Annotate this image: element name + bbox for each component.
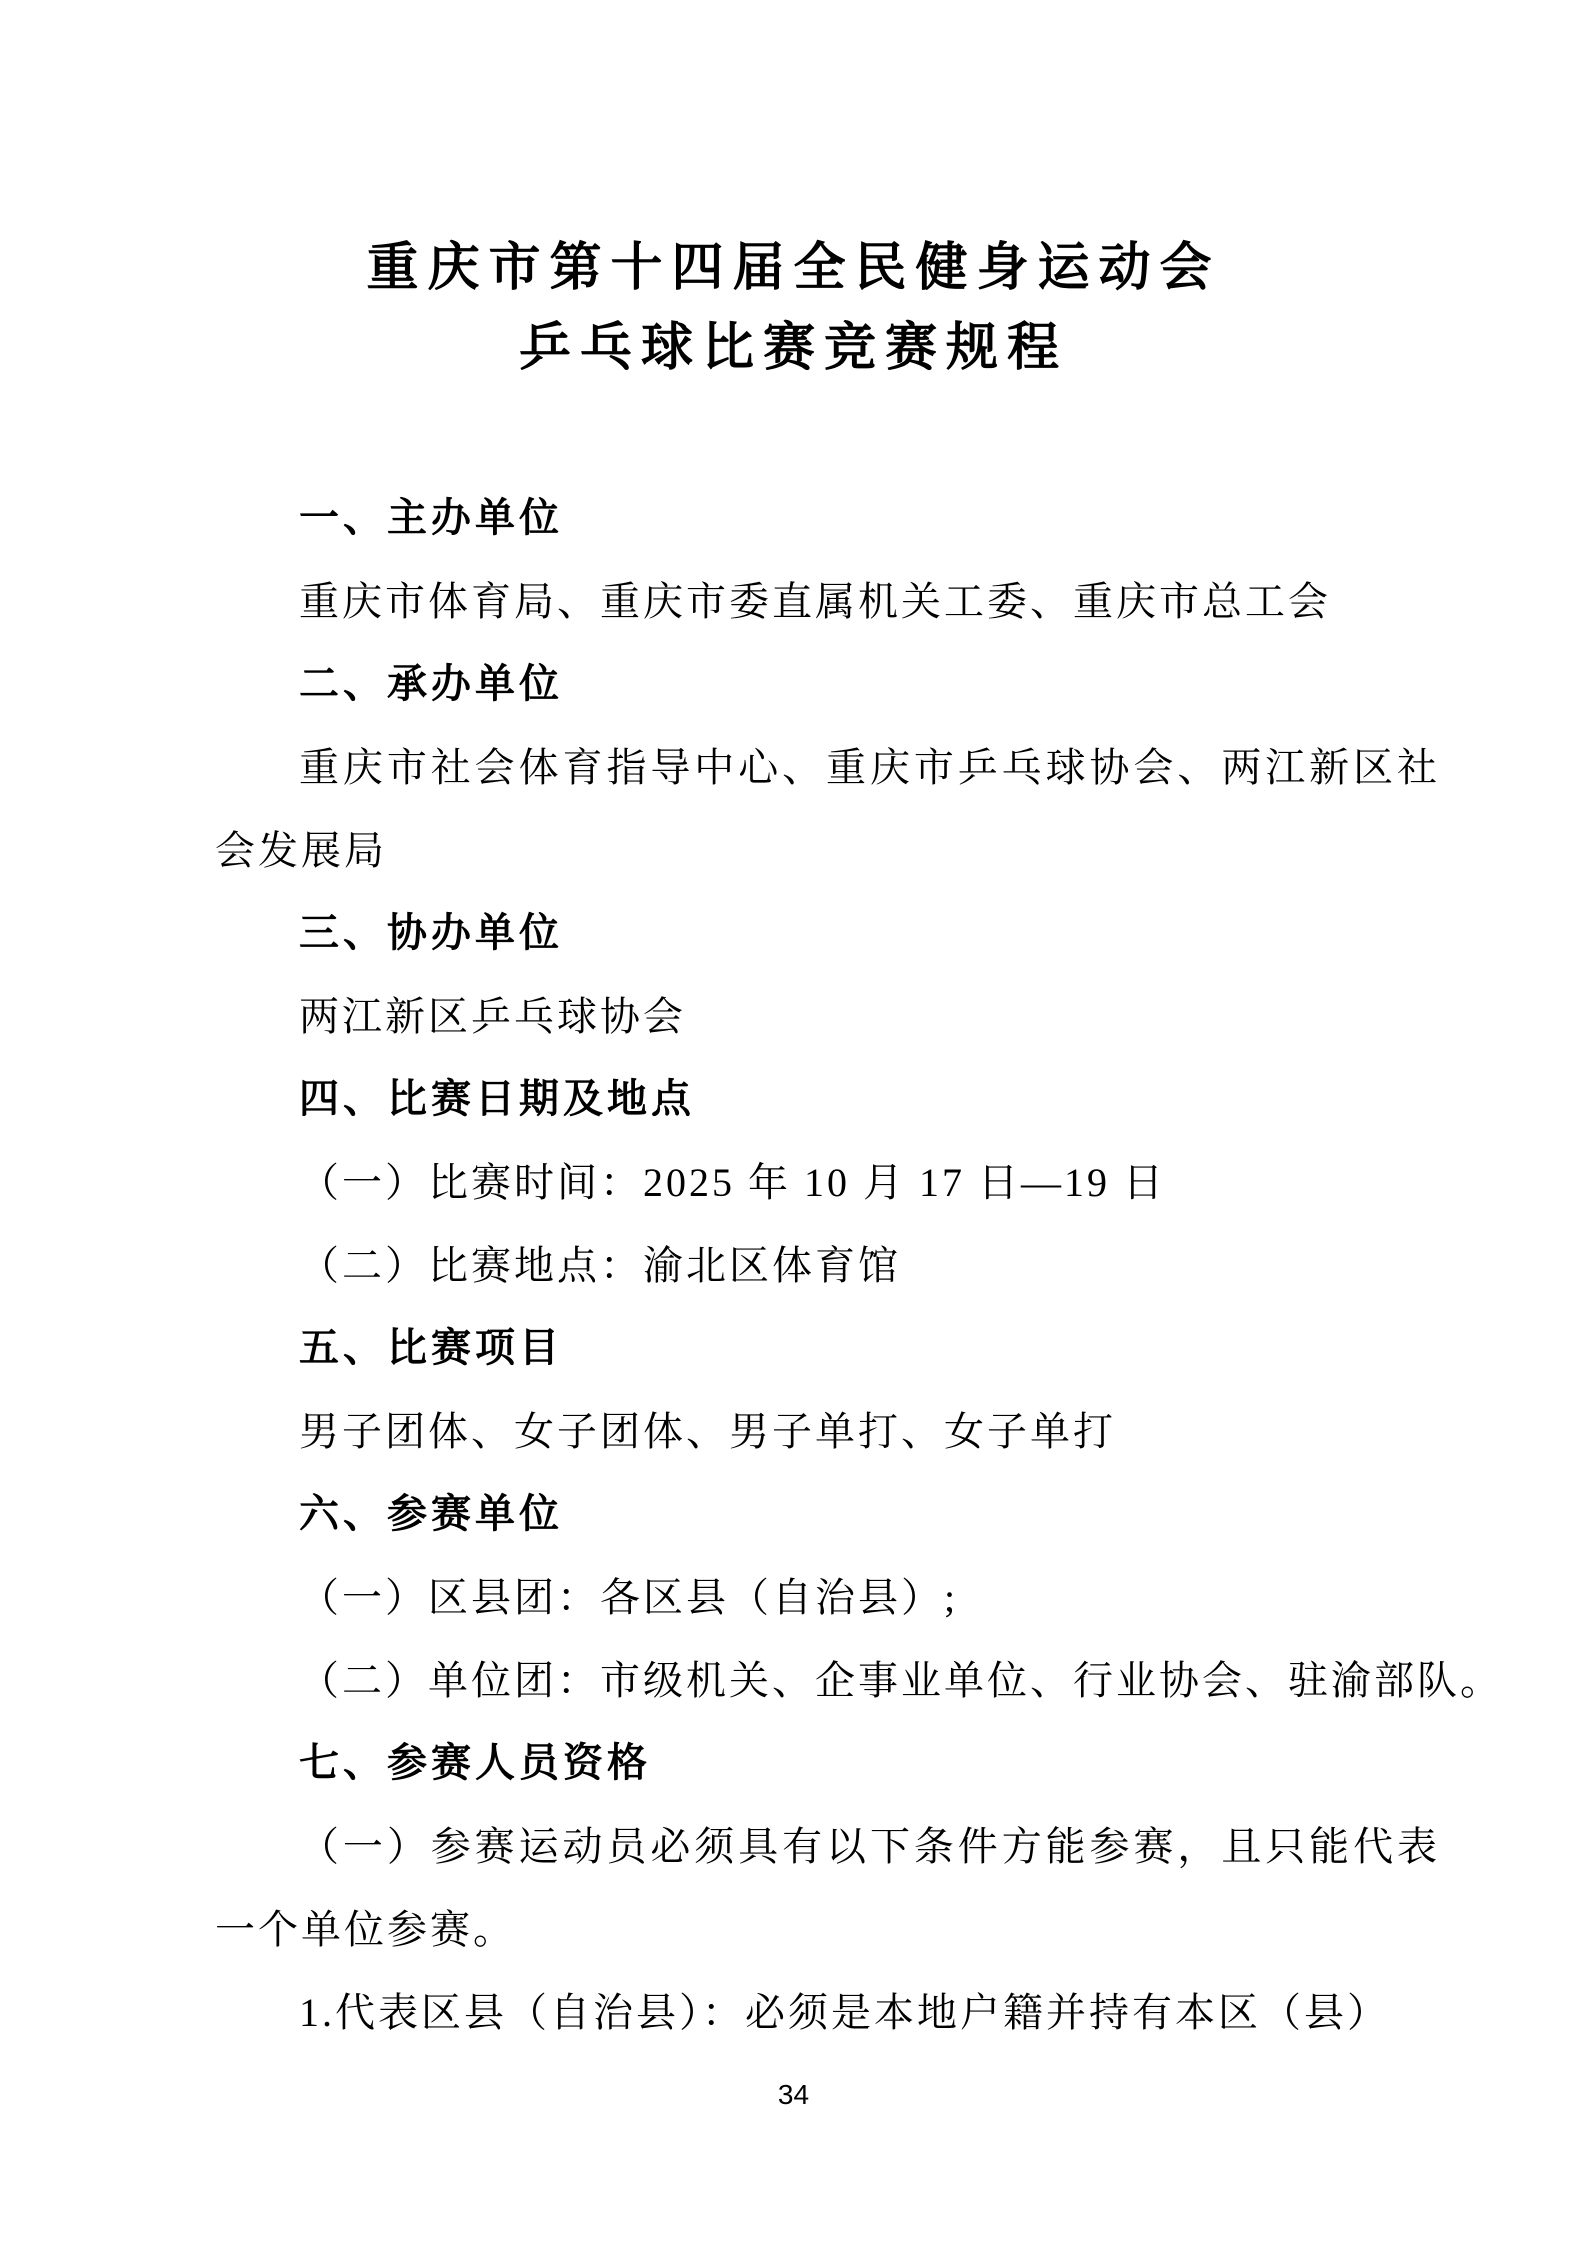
heading-events: 五、比赛项目: [215, 1307, 1437, 1390]
paragraph-organizer: 重庆市体育局、重庆市委直属机关工委、重庆市总工会: [215, 560, 1437, 643]
paragraph-unit-teams: （二）单位团：市级机关、企事业单位、行业协会、驻渝部队。: [215, 1639, 1437, 1722]
heading-organizer: 一、主办单位: [215, 477, 1437, 560]
page-footer: 34: [0, 2075, 1587, 2115]
heading-undertaker: 二、承办单位: [215, 643, 1437, 726]
paragraph-eligibility-line2: 一个单位参赛。: [215, 1888, 1437, 1971]
heading-date-venue: 四、比赛日期及地点: [215, 1058, 1437, 1141]
paragraph-district-teams: （一）区县团：各区县（自治县）;: [215, 1556, 1437, 1639]
paragraph-undertaker-line1: 重庆市社会体育指导中心、重庆市乒乓球协会、两江新区社: [215, 726, 1437, 809]
heading-co-organizer: 三、协办单位: [215, 892, 1437, 975]
heading-participating-units: 六、参赛单位: [215, 1473, 1437, 1556]
paragraph-competition-time: （一）比赛时间：2025 年 10 月 17 日—19 日: [215, 1141, 1437, 1224]
document-title: 重庆市第十四届全民健身运动会 乒乓球比赛竞赛规程: [0, 229, 1587, 389]
paragraph-undertaker-line2: 会发展局: [215, 809, 1437, 892]
document-page: 重庆市第十四届全民健身运动会 乒乓球比赛竞赛规程 一、主办单位 重庆市体育局、重…: [0, 0, 1587, 2245]
heading-eligibility: 七、参赛人员资格: [215, 1722, 1437, 1805]
page-number: 34: [778, 2079, 809, 2110]
paragraph-eligibility-line1: （一）参赛运动员必须具有以下条件方能参赛，且只能代表: [215, 1805, 1437, 1888]
title-line-1: 重庆市第十四届全民健身运动会: [0, 229, 1587, 309]
document-body: 一、主办单位 重庆市体育局、重庆市委直属机关工委、重庆市总工会 二、承办单位 重…: [215, 477, 1437, 2054]
paragraph-competition-venue: （二）比赛地点：渝北区体育馆: [215, 1224, 1437, 1307]
paragraph-district-residency: 1.代表区县（自治县）：必须是本地户籍并持有本区（县）: [215, 1971, 1437, 2054]
paragraph-co-organizer: 两江新区乒乓球协会: [215, 975, 1437, 1058]
title-line-2: 乒乓球比赛竞赛规程: [0, 309, 1587, 389]
paragraph-events: 男子团体、女子团体、男子单打、女子单打: [215, 1390, 1437, 1473]
